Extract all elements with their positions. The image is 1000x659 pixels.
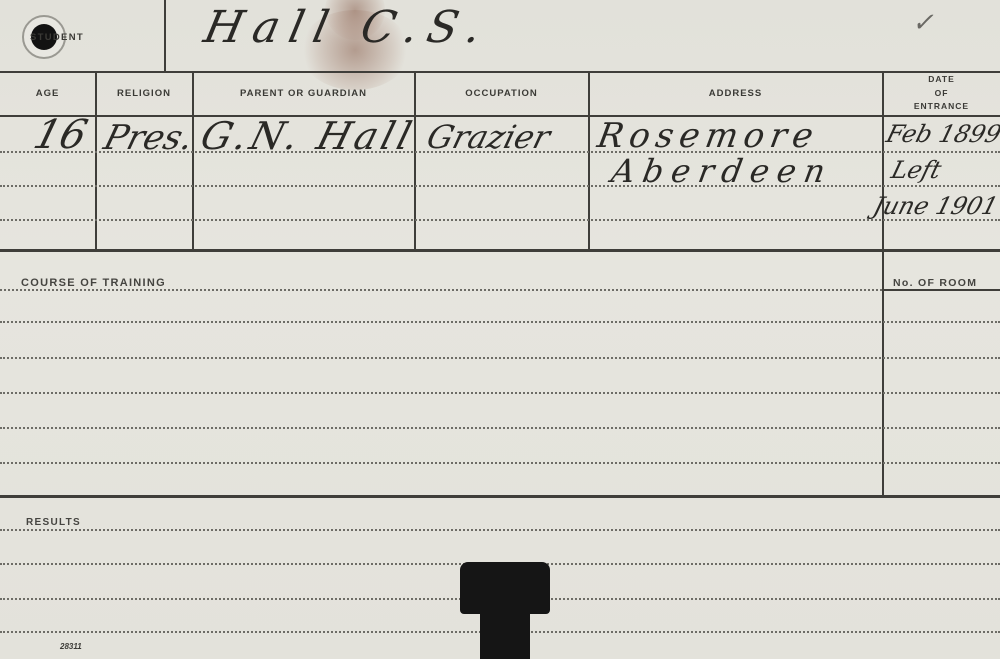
- write-line: [0, 427, 1000, 429]
- left-label: Left: [888, 156, 944, 184]
- divider: [883, 289, 1000, 291]
- religion-header: RELIGION: [96, 88, 192, 99]
- divider: [0, 249, 1000, 252]
- form-number: 28311: [60, 642, 82, 651]
- write-line: [0, 219, 1000, 221]
- divider: [0, 115, 1000, 117]
- address-line-1: Rosemore: [594, 116, 822, 156]
- student-record-card: STUDENT Hall C.S. ✓ AGE RELIGION PARENT …: [0, 0, 1000, 659]
- student-name: Hall C.S.: [200, 2, 496, 53]
- religion-value: Pres.: [100, 118, 198, 158]
- filing-notch: [480, 605, 530, 659]
- check-mark: ✓: [912, 8, 934, 38]
- write-line: [0, 462, 1000, 464]
- results-line: [0, 529, 1000, 531]
- age-header: AGE: [0, 88, 95, 99]
- results-label: RESULTS: [26, 517, 81, 528]
- write-line: [0, 185, 1000, 187]
- divider: [882, 71, 884, 496]
- parent-guardian-header: PARENT OR GUARDIAN: [193, 88, 414, 99]
- parent-guardian-value: G.N. Hall: [196, 114, 420, 158]
- divider: [0, 71, 1000, 73]
- course-of-training-label: COURSE OF TRAINING: [21, 277, 166, 289]
- address-header: ADDRESS: [589, 88, 882, 99]
- leaving-date: June 1901: [870, 192, 1000, 220]
- divider: [0, 495, 1000, 498]
- no-of-room-label: No. OF ROOM: [893, 277, 977, 289]
- student-label: STUDENT: [30, 32, 84, 43]
- address-line-2: Aberdeen: [609, 152, 836, 190]
- occupation-header: OCCUPATION: [415, 88, 588, 99]
- occupation-value: Grazier: [423, 118, 554, 156]
- divider: [164, 0, 166, 72]
- write-line: [0, 357, 1000, 359]
- entrance-date: Feb 1899: [883, 120, 1000, 148]
- write-line: [0, 321, 1000, 323]
- course-line: [0, 289, 882, 291]
- write-line: [0, 392, 1000, 394]
